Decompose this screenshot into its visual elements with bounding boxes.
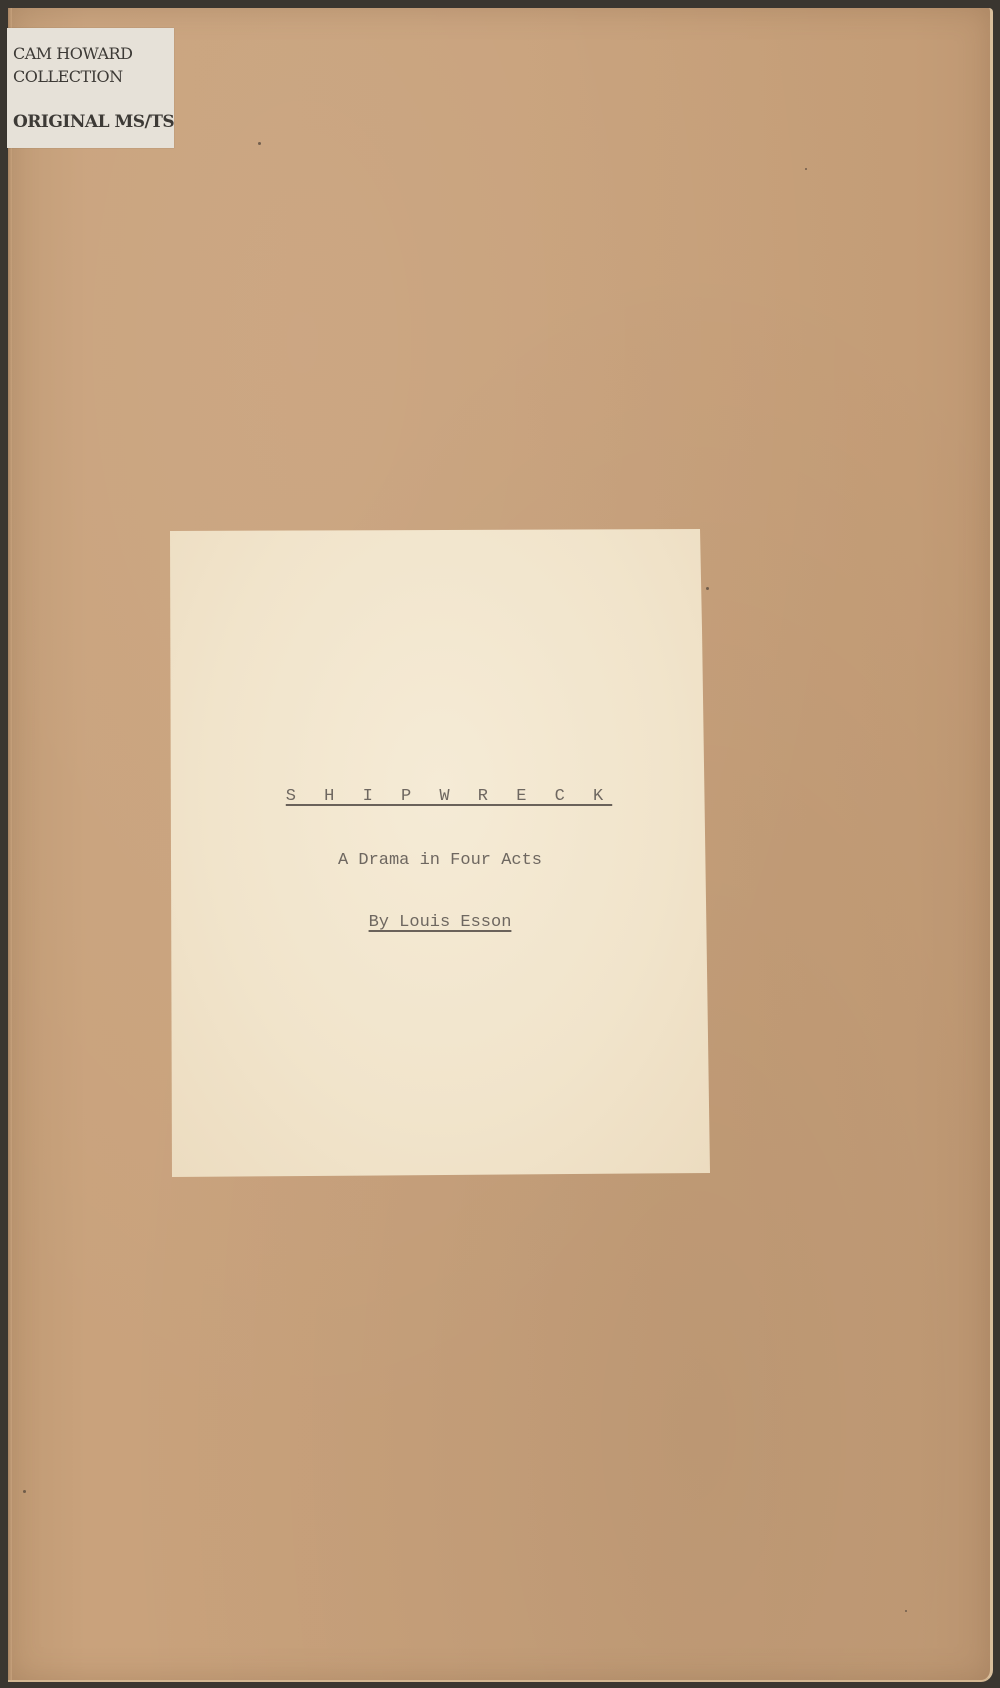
title-page: S H I P W R E C K A Drama in Four Acts B… [170,529,710,1177]
paper-speck [805,168,807,170]
play-title-text: S H I P W R E C K [286,787,612,806]
play-author: By Louis Esson [170,913,710,932]
label-collection-word: COLLECTION [13,67,123,86]
paper-speck [258,142,261,145]
cover-left-edge [8,8,12,1680]
play-author-text: By Louis Esson [369,913,512,932]
paper-speck [905,1610,907,1612]
paper-speck [706,587,709,590]
play-subtitle: A Drama in Four Acts [170,851,710,870]
play-title: S H I P W R E C K [170,787,719,806]
scan-background: CAM HOWARD COLLECTION ORIGINAL MS/TS S H… [0,0,1000,1688]
label-collection-name: CAM HOWARD [13,44,132,63]
collection-label: CAM HOWARD COLLECTION ORIGINAL MS/TS [7,28,174,148]
paper-speck [23,1490,26,1493]
label-original-ms: ORIGINAL MS/TS [13,112,174,132]
